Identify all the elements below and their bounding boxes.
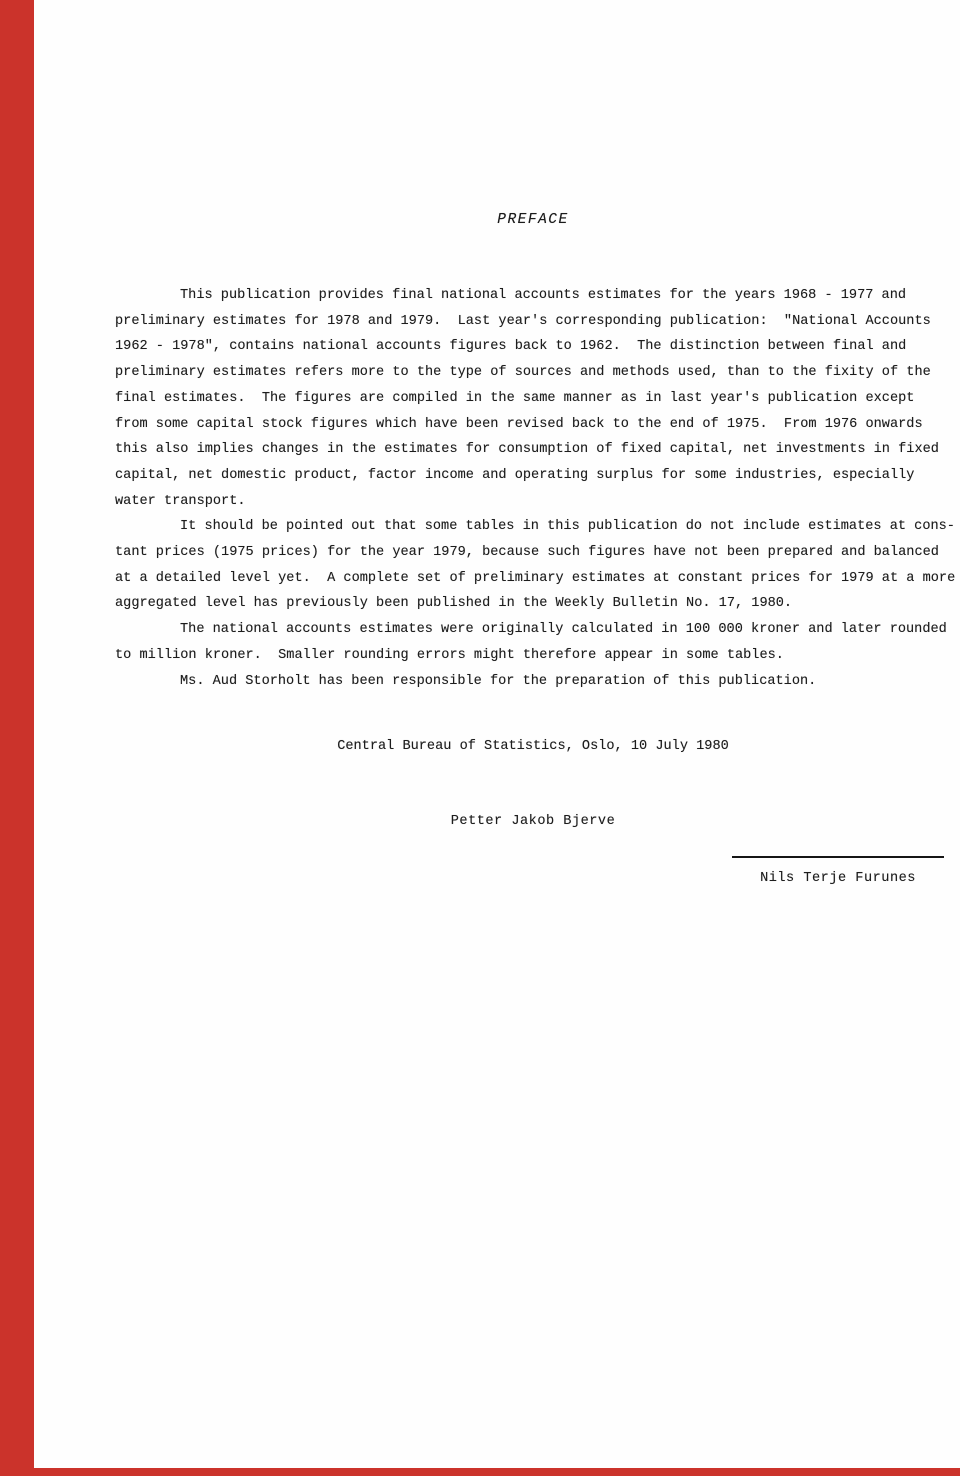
body-line: tant prices (1975 prices) for the year 1… <box>115 540 960 566</box>
body-line: preliminary estimates refers more to the… <box>115 360 960 386</box>
body-line: preliminary estimates for 1978 and 1979.… <box>115 309 960 335</box>
body-line: capital, net domestic product, factor in… <box>115 463 960 489</box>
body-line: final estimates. The figures are compile… <box>115 386 960 412</box>
book-edge-bottom <box>0 1468 960 1476</box>
body-line: aggregated level has previously been pub… <box>115 591 960 617</box>
body-line: at a detailed level yet. A complete set … <box>115 566 960 592</box>
book-edge-left <box>0 0 34 1476</box>
document-page: PREFACE This publication provides final … <box>0 0 960 1476</box>
preface-body: This publication provides final national… <box>115 283 960 694</box>
body-line: from some capital stock figures which ha… <box>115 412 960 438</box>
signatory-primary-name: Petter Jakob Bjerve <box>115 814 951 829</box>
signature-block: Nils Terje Furunes <box>732 856 944 886</box>
dateline: Central Bureau of Statistics, Oslo, 10 J… <box>115 739 951 754</box>
body-line: Ms. Aud Storholt has been responsible fo… <box>115 669 960 695</box>
body-line: water transport. <box>115 489 960 515</box>
body-line: 1962 - 1978", contains national accounts… <box>115 334 960 360</box>
signatory-secondary-name: Nils Terje Furunes <box>732 871 944 886</box>
page-title: PREFACE <box>115 212 951 228</box>
body-line: this also implies changes in the estimat… <box>115 437 960 463</box>
body-line: to million kroner. Smaller rounding erro… <box>115 643 960 669</box>
body-line: This publication provides final national… <box>115 283 960 309</box>
body-line: The national accounts estimates were ori… <box>115 617 960 643</box>
signature-rule <box>732 856 944 858</box>
body-line: It should be pointed out that some table… <box>115 514 960 540</box>
